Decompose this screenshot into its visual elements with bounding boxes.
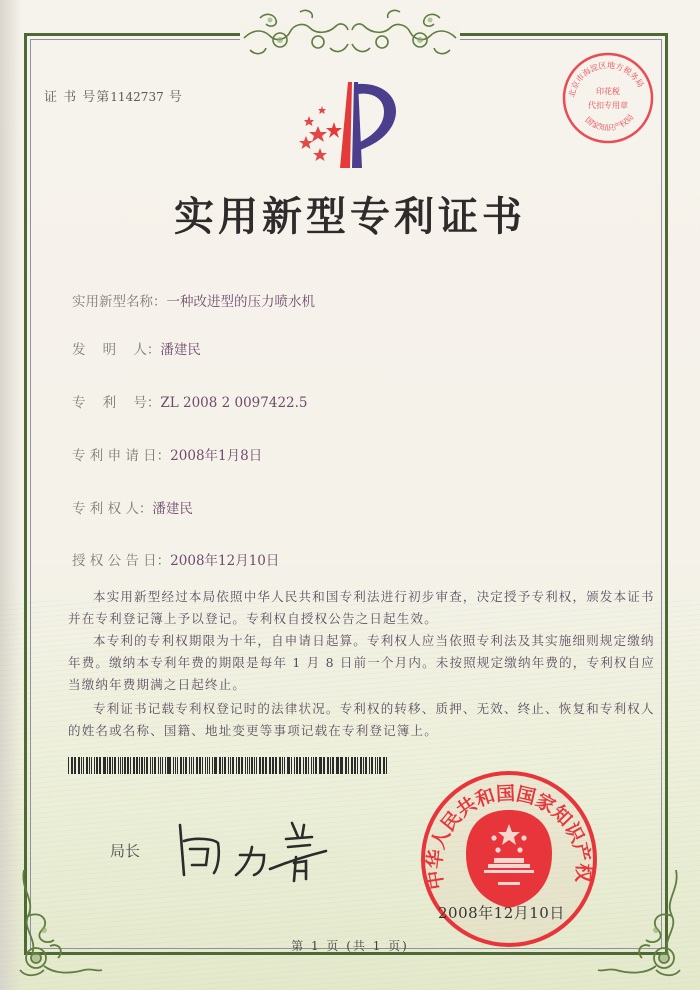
- barcode-bar: [122, 757, 123, 774]
- barcode-bar: [340, 757, 342, 774]
- field-value: 一种改进型的压力喷水机: [167, 294, 316, 310]
- barcode-bar: [269, 757, 271, 774]
- barcode-bar: [103, 757, 104, 774]
- field-grant-announcement-date: 授 权 公 告 日：2008年12月10日: [72, 549, 279, 569]
- barcode-bar: [230, 757, 231, 774]
- barcode-bar: [104, 757, 105, 774]
- barcode-bar: [372, 757, 373, 774]
- barcode-bar: [185, 757, 187, 774]
- barcode-bar: [323, 757, 324, 774]
- tax-stamp-seal-icon: 北京市海淀区地方税务局 国家知识产权局 印花税 代扣专用章: [560, 50, 656, 146]
- barcode-bar: [196, 757, 197, 774]
- barcode-bar: [284, 757, 285, 774]
- barcode-bar: [299, 757, 301, 774]
- barcode-bar: [173, 757, 174, 774]
- field-label: 专 利 申 请 日：: [72, 448, 170, 464]
- barcode-bar: [81, 757, 82, 774]
- barcode-bar: [386, 757, 387, 774]
- director-label: 局长: [110, 840, 140, 861]
- barcode-bar: [219, 757, 221, 774]
- patent-office-logo-icon: [292, 70, 402, 170]
- field-value: 2008年12月10日: [170, 553, 279, 569]
- barcode-bar: [247, 757, 248, 774]
- barcode-bar: [199, 757, 201, 774]
- barcode-bar: [315, 757, 316, 774]
- barcode-bar: [175, 757, 176, 774]
- barcode-bar: [294, 757, 295, 774]
- certificate-page: 证 书 号第1142737 号 北京市海淀区地方税务局 国家知识产权局 印花税 …: [0, 0, 700, 990]
- barcode-bar: [259, 757, 261, 774]
- corner-ornament-icon: [596, 870, 686, 980]
- barcode-bar: [245, 757, 246, 774]
- barcode-bar: [236, 757, 237, 774]
- field-label: 专 利 号：: [72, 395, 160, 411]
- certificate-title: 实用新型专利证书: [0, 185, 700, 242]
- barcode-bar: [162, 757, 163, 774]
- barcode-bar: [377, 757, 378, 774]
- barcode-bar: [345, 757, 346, 774]
- barcode-bar: [330, 757, 331, 774]
- barcode-bar: [369, 757, 370, 774]
- svg-text:代扣专用章: 代扣专用章: [588, 100, 628, 110]
- field-value: 2008年1月8日: [170, 448, 262, 464]
- barcode-bar: [112, 757, 113, 774]
- page-shadow: [0, 0, 22, 990]
- barcode-bar: [249, 757, 250, 774]
- dragon-ornament-icon: [240, 4, 460, 60]
- barcode-bar: [96, 757, 98, 774]
- barcode-bar: [139, 757, 140, 774]
- barcode-bar: [305, 757, 307, 774]
- field-patent-number: 专 利 号：ZL 2008 2 0097422.5: [72, 391, 308, 411]
- barcode-bar: [346, 757, 347, 774]
- barcode-bar: [165, 757, 166, 774]
- field-label: 发 明 人：: [72, 342, 160, 358]
- barcode-bar: [189, 757, 190, 774]
- barcode-bar: [109, 757, 111, 774]
- barcode-bar: [212, 757, 213, 774]
- barcode-bar: [150, 757, 151, 774]
- barcode-bar: [337, 757, 339, 774]
- barcode-bar: [214, 757, 215, 774]
- barcode-bar: [205, 757, 206, 774]
- barcode-bar: [78, 757, 79, 774]
- barcode-bar: [154, 757, 156, 774]
- barcode-bar: [308, 757, 309, 774]
- barcode-bar: [130, 757, 131, 774]
- certificate-number-label: 证 书 号第: [44, 90, 110, 105]
- barcode-bar: [375, 757, 376, 774]
- svg-text:国家知识产权局: 国家知识产权局: [583, 113, 635, 133]
- barcode-bar: [215, 757, 216, 774]
- field-label: 授 权 公 告 日：: [72, 553, 170, 569]
- barcode-bar: [144, 757, 145, 774]
- page-number: 第 1 页 (共 1 页): [0, 937, 700, 954]
- barcode-bar: [238, 757, 240, 774]
- barcode-bar: [124, 757, 126, 774]
- barcode-bar: [254, 757, 255, 774]
- barcode-bar: [207, 757, 208, 774]
- certificate-number-suffix: 号: [169, 90, 183, 105]
- barcode-bar: [313, 757, 314, 774]
- barcode-bar: [228, 757, 229, 774]
- barcode-bar: [183, 757, 184, 774]
- barcode-bar: [91, 757, 92, 774]
- corner-ornament-icon: [14, 870, 104, 980]
- barcode-bar: [222, 757, 223, 774]
- barcode-bar: [336, 757, 337, 774]
- barcode-bar: [68, 757, 69, 774]
- barcode-bar: [303, 757, 304, 774]
- barcode-bar: [241, 757, 242, 774]
- barcode-bar: [83, 757, 84, 774]
- barcode-bar: [86, 757, 88, 774]
- barcode-bar: [279, 757, 280, 774]
- field-value: 潘建民: [160, 342, 201, 358]
- barcode-bar: [256, 757, 257, 774]
- barcode-bar: [360, 757, 362, 774]
- barcode-bar: [127, 757, 129, 774]
- barcode-bar: [383, 757, 385, 774]
- certificate-number-value: 1142737: [110, 90, 163, 104]
- barcode-bar: [354, 757, 356, 774]
- barcode-bar: [160, 757, 161, 774]
- barcode-bar: [94, 757, 95, 774]
- barcode-bar: [99, 757, 100, 774]
- field-application-date: 专 利 申 请 日：2008年1月8日: [72, 444, 262, 464]
- barcode-bar: [71, 757, 72, 774]
- barcode-bar: [287, 757, 288, 774]
- barcode: [68, 757, 388, 774]
- director-signature-icon: [160, 815, 330, 890]
- barcode-bar: [357, 757, 358, 774]
- barcode-bar: [141, 757, 142, 774]
- barcode-bar: [136, 757, 138, 774]
- field-value: 潘建民: [152, 501, 193, 517]
- barcode-bar: [232, 757, 233, 774]
- field-inventor: 发 明 人：潘建民: [72, 338, 201, 358]
- barcode-bar: [251, 757, 253, 774]
- barcode-bar: [75, 757, 76, 774]
- barcode-bar: [288, 757, 289, 774]
- barcode-bar: [114, 757, 115, 774]
- barcode-bar: [365, 757, 367, 774]
- barcode-bar: [193, 757, 194, 774]
- barcode-bar: [168, 757, 170, 774]
- body-paragraph: 专利证书记载专利权登记时的法律状况。专利权的转移、质押、无效、终止、恢复和专利权…: [68, 698, 658, 742]
- field-label: 专 利 权 人：: [72, 501, 152, 517]
- barcode-bar: [152, 757, 153, 774]
- barcode-bar: [363, 757, 364, 774]
- barcode-bar: [224, 757, 226, 774]
- issue-date: 2008年12月10日: [438, 902, 565, 923]
- barcode-bar: [332, 757, 333, 774]
- barcode-bar: [133, 757, 134, 774]
- barcode-bar: [146, 757, 148, 774]
- barcode-bar: [191, 757, 192, 774]
- barcode-bar: [291, 757, 292, 774]
- field-value: ZL 2008 2 0097422.5: [160, 395, 307, 411]
- certificate-number: 证 书 号第1142737 号: [44, 86, 183, 105]
- barcode-bar: [120, 757, 121, 774]
- barcode-bar: [118, 757, 119, 774]
- field-patentee: 专 利 权 人：潘建民: [72, 497, 193, 517]
- body-paragraph: 本专利的专利权期限为十年，自申请日起算。专利权人应当依照专利法及其实施细则规定缴…: [68, 630, 658, 696]
- barcode-bar: [74, 757, 75, 774]
- barcode-bar: [265, 757, 267, 774]
- barcode-bar: [107, 757, 108, 774]
- barcode-bar: [348, 757, 349, 774]
- body-paragraph: 本实用新型经过本局依照中华人民共和国专利法进行初步审查，决定授予专利权，颁发本证…: [68, 586, 658, 630]
- barcode-bar: [180, 757, 182, 774]
- barcode-bar: [311, 757, 312, 774]
- barcode-bar: [371, 757, 372, 774]
- barcode-bar: [282, 757, 283, 774]
- barcode-bar: [320, 757, 322, 774]
- barcode-bar: [177, 757, 178, 774]
- barcode-bar: [209, 757, 210, 774]
- barcode-bar: [296, 757, 298, 774]
- field-utility-model-name: 实用新型名称：一种改进型的压力喷水机: [72, 290, 315, 310]
- field-label: 实用新型名称：: [72, 294, 167, 310]
- barcode-bar: [327, 757, 329, 774]
- barcode-bar: [167, 757, 168, 774]
- barcode-bar: [275, 757, 277, 774]
- barcode-bar: [272, 757, 274, 774]
- barcode-bar: [379, 757, 381, 774]
- barcode-bar: [351, 757, 353, 774]
- barcode-bar: [89, 757, 90, 774]
- svg-text:印花税: 印花税: [596, 86, 620, 96]
- barcode-bar: [202, 757, 203, 774]
- barcode-bar: [262, 757, 264, 774]
- barcode-bar: [158, 757, 159, 774]
- barcode-bar: [319, 757, 320, 774]
